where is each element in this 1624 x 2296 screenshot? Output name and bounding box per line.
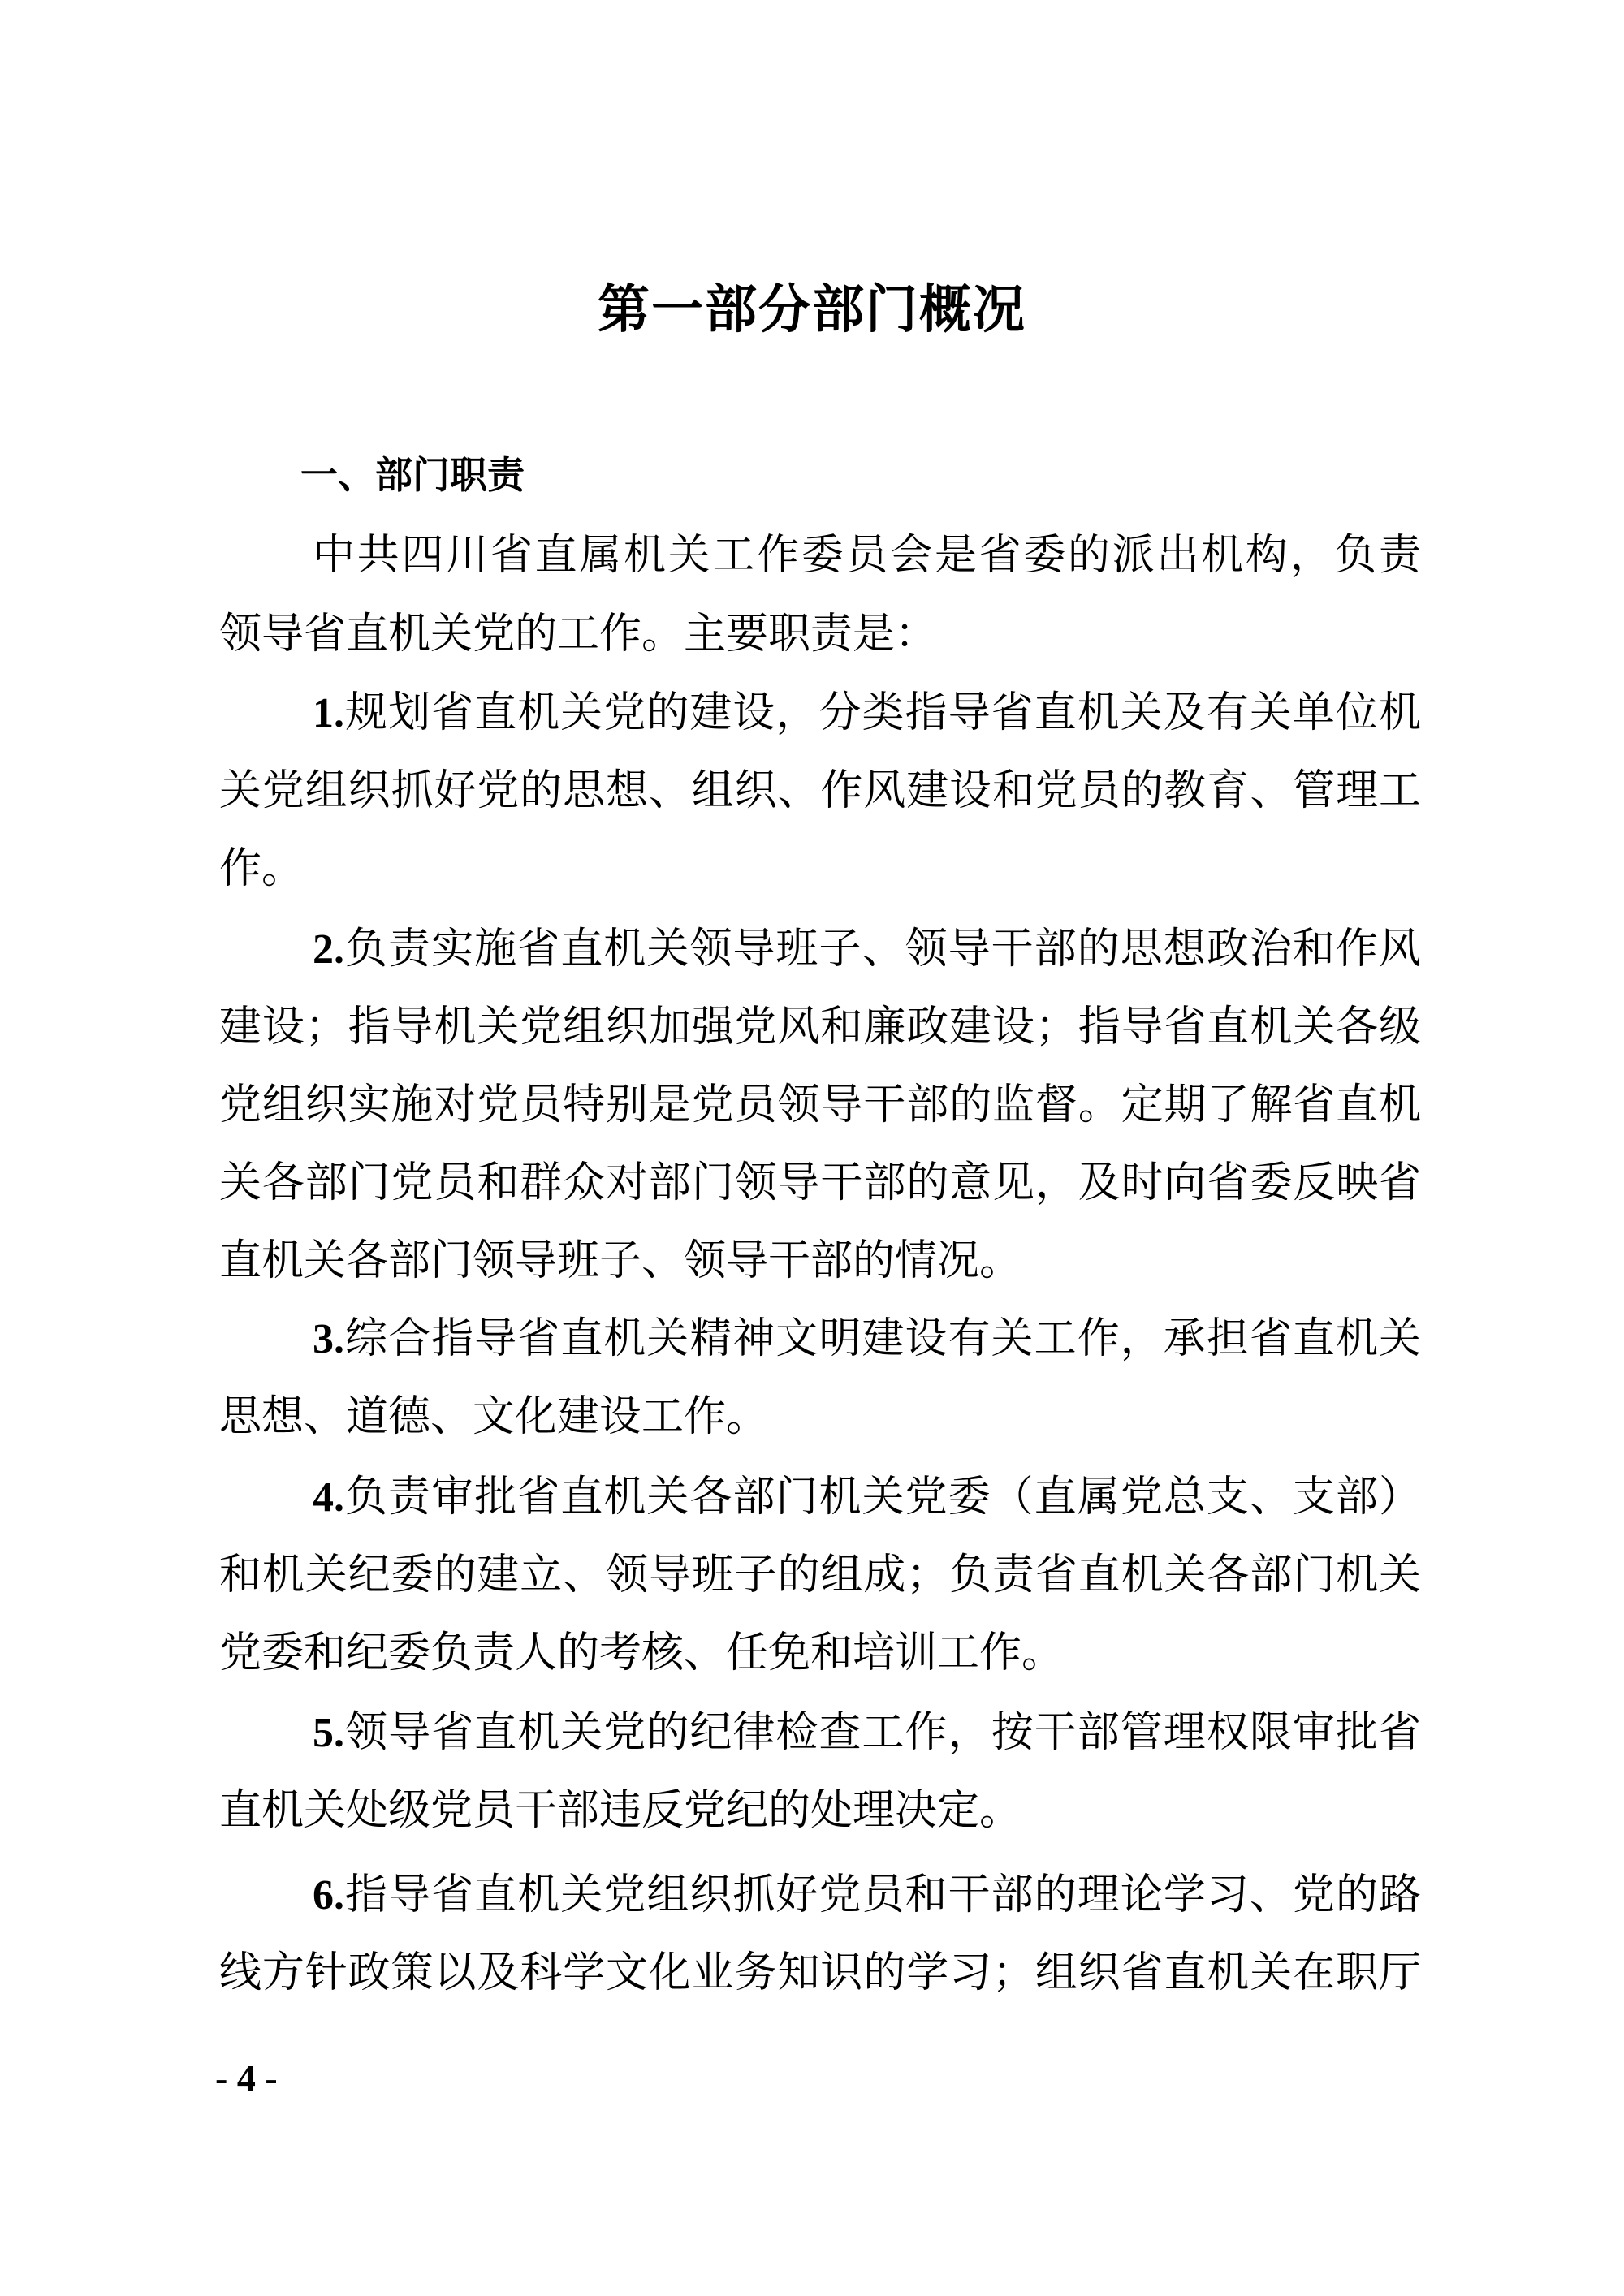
line-text: 规划省直机关党的建设，分类指导省直机关及有关单位机 [344,688,1421,737]
line-text: 建设；指导机关党组织加强党风和廉政建设；指导省直机关各级 [219,1003,1421,1051]
paragraph-line: 领导省直机关党的工作。主要职责是： [219,605,1421,663]
line-text: 作。 [219,844,304,893]
paragraph-line: 思想、道德、文化建设工作。 [219,1388,1421,1446]
paragraph-line: 关各部门党员和群众对部门领导干部的意见，及时向省委反映省 [219,1154,1421,1212]
line-text: 直机关各部门领导班子、领导干部的情况。 [219,1236,1021,1285]
line-text: 领导省直机关党的工作。主要职责是： [219,610,937,658]
item-number: 5. [313,1710,344,1756]
line-text: 负责审批省直机关各部门机关党委（直属党总支、支部） [344,1473,1421,1521]
line-text: 指导省直机关党组织抓好党员和干部的理论学习、党的路 [344,1871,1421,1919]
paragraph-line: 作。 [219,839,1421,898]
numbered-paragraph-line: 1.规划省直机关党的建设，分类指导省直机关及有关单位机 [313,684,1421,743]
paragraph-line: 直机关各部门领导班子、领导干部的情况。 [219,1232,1421,1290]
paragraph-line: 线方针政策以及科学文化业务知识的学习；组织省直机关在职厅 [219,1944,1421,2002]
page-number: - 4 - [215,2054,278,2103]
numbered-paragraph-line: 4.负责审批省直机关各部门机关党委（直属党总支、支部） [313,1468,1421,1527]
item-number: 4. [313,1474,344,1521]
paragraph-line: 建设；指导机关党组织加强党风和廉政建设；指导省直机关各级 [219,998,1421,1056]
line-text: 关各部门党员和群众对部门领导干部的意见，及时向省委反映省 [219,1159,1421,1207]
paragraph-line: 关党组织抓好党的思想、组织、作风建设和党员的教育、管理工 [219,762,1421,820]
paragraph-line: 中共四川省直属机关工作委员会是省委的派出机构，负责 [313,526,1421,585]
paragraph-line: 党委和纪委负责人的考核、任免和培训工作。 [219,1624,1421,1682]
document-page: 第一部分部门概况 一、部门职责 中共四川省直属机关工作委员会是省委的派出机构，负… [0,0,1624,2296]
paragraph-line: 党组织实施对党员特别是党员领导干部的监督。定期了解省直机 [219,1076,1421,1134]
section-heading: 一、部门职责 [300,447,525,503]
page-title: 第一部分部门概况 [0,278,1624,343]
line-text: 党组织实施对党员特别是党员领导干部的监督。定期了解省直机 [219,1081,1421,1129]
item-number: 6. [313,1872,344,1918]
paragraph-line: 直机关处级党员干部违反党纪的处理决定。 [219,1781,1421,1840]
line-text: 中共四川省直属机关工作委员会是省委的派出机构，负责 [313,531,1421,580]
line-text: 负责实施省直机关领导班子、领导干部的思想政治和作风 [344,925,1421,973]
line-text: 领导省直机关党的纪律检查工作，按干部管理权限审批省 [344,1708,1421,1757]
item-number: 1. [313,690,344,736]
item-number: 3. [313,1316,344,1362]
numbered-paragraph-line: 3.综合指导省直机关精神文明建设有关工作，承担省直机关 [313,1310,1421,1369]
line-text: 和机关纪委的建立、领导班子的组成；负责省直机关各部门机关 [219,1551,1421,1599]
paragraph-line: 和机关纪委的建立、领导班子的组成；负责省直机关各部门机关 [219,1546,1421,1604]
numbered-paragraph-line: 2.负责实施省直机关领导班子、领导干部的思想政治和作风 [313,920,1421,979]
item-number: 2. [313,926,344,973]
line-text: 关党组织抓好党的思想、组织、作风建设和党员的教育、管理工 [219,766,1421,815]
numbered-paragraph-line: 6.指导省直机关党组织抓好党员和干部的理论学习、党的路 [313,1866,1421,1925]
line-text: 党委和纪委负责人的考核、任免和培训工作。 [219,1629,1064,1677]
line-text: 直机关处级党员干部违反党纪的处理决定。 [219,1786,1021,1835]
line-text: 线方针政策以及科学文化业务知识的学习；组织省直机关在职厅 [219,1949,1421,1997]
line-text: 综合指导省直机关精神文明建设有关工作，承担省直机关 [344,1314,1421,1363]
line-text: 思想、道德、文化建设工作。 [219,1392,768,1441]
numbered-paragraph-line: 5.领导省直机关党的纪律检查工作，按干部管理权限审批省 [313,1703,1421,1763]
